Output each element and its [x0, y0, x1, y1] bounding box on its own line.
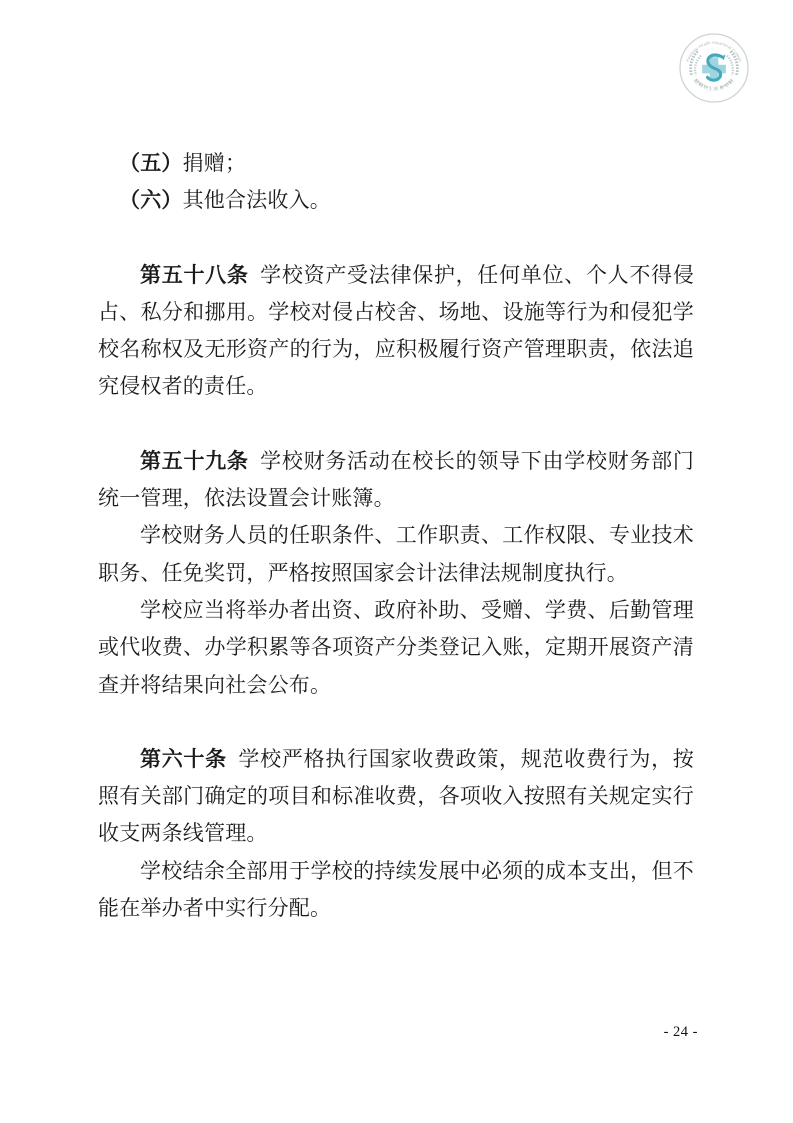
article-60-heading: 第六十条 [140, 747, 227, 771]
clause-number: （五） [119, 151, 183, 175]
clause-text: 其他合法收入。 [183, 188, 331, 212]
clause-item-6: （六）其他合法收入。 [98, 182, 694, 219]
article-59: 第五十九条学校财务活动在校长的领导下由学校财务部门统一管理，依法设置会计账簿。 [98, 443, 694, 518]
article-59-paragraph-3: 学校应当将举办者出资、政府补助、受赠、学费、后勤管理或代收费、办学积累等各项资产… [98, 592, 694, 704]
article-58-heading: 第五十八条 [140, 263, 249, 287]
article-60-paragraph-2: 学校结余全部用于学校的持续发展中必须的成本支出，但不能在举办者中实行分配。 [98, 853, 694, 928]
clause-number: （六） [119, 188, 183, 212]
article-58: 第五十八条学校资产受法律保护，任何单位、个人不得侵占、私分和挪用。学校对侵占校舍… [98, 257, 694, 406]
document-body: （五）捐赠； （六）其他合法收入。 第五十八条学校资产受法律保护，任何单位、个人… [98, 145, 694, 927]
document-page: Kunming Health Vocational College 昆明卫生职业… [0, 0, 793, 1123]
blank-line [98, 220, 694, 257]
paragraph-text: 学校财务人员的任职条件、工作职责、工作权限、专业技术职务、任免奖罚，严格按照国家… [98, 523, 694, 584]
clause-text: 捐赠； [183, 151, 247, 175]
blank-line [98, 704, 694, 741]
article-60: 第六十条学校严格执行国家收费政策，规范收费行为，按照有关部门确定的项目和标准收费… [98, 741, 694, 853]
school-seal-logo: Kunming Health Vocational College 昆明卫生职业… [678, 32, 750, 104]
page-number: - 24 - [664, 1024, 698, 1041]
article-59-heading: 第五十九条 [140, 449, 249, 473]
paragraph-text: 学校结余全部用于学校的持续发展中必须的成本支出，但不能在举办者中实行分配。 [98, 859, 694, 920]
blank-line [98, 406, 694, 443]
article-59-paragraph-2: 学校财务人员的任职条件、工作职责、工作权限、专业技术职务、任免奖罚，严格按照国家… [98, 517, 694, 592]
paragraph-text: 学校应当将举办者出资、政府补助、受赠、学费、后勤管理或代收费、办学积累等各项资产… [98, 598, 694, 697]
clause-item-5: （五）捐赠； [98, 145, 694, 182]
